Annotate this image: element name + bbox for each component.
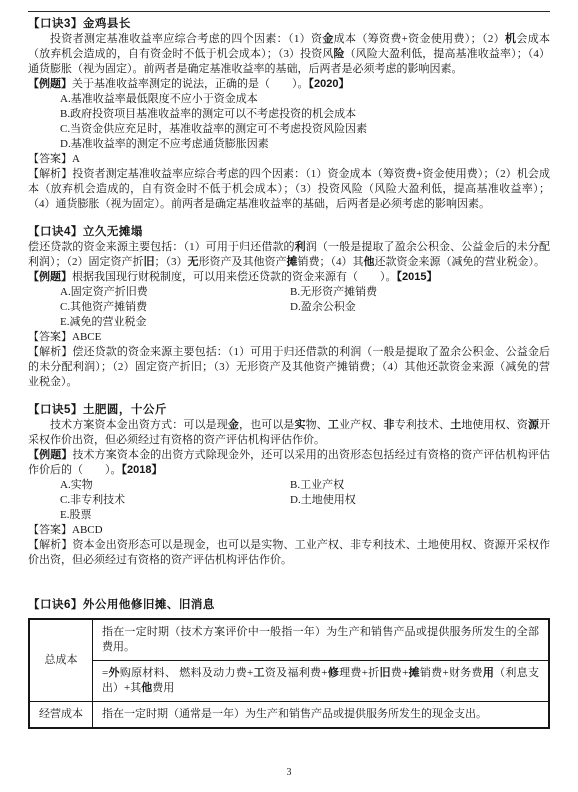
text-run: 业产权、 <box>339 419 383 431</box>
explanation: 【解析】投资者测定基准收益率应综合考虑的四个因素：（1）资金成本（筹资费+资金使… <box>28 167 550 212</box>
table-header-cell: 总成本 <box>29 619 93 702</box>
section-koujue-4: 【口诀4】立久无摊塌偿还贷款的资金来源主要包括：（1）可用于归还借款的利润（一般… <box>28 225 550 390</box>
emphasis-text: 摊 <box>408 667 420 679</box>
emphasis-text: 【例题】 <box>28 449 72 461</box>
emphasis-text: 工 <box>328 419 339 431</box>
emphasis-text: 他 <box>364 256 375 268</box>
header-rule <box>28 11 550 12</box>
options-list: A.实物B.工业产权C.非专利技术D.土地使用权E.股票 <box>60 478 550 523</box>
text-run: 形资产及其他资产 <box>199 256 287 268</box>
text-run: 【解析】资本金出资形态可以是现金，也可以是实物、工业产权、非专利技术、土地使用权… <box>28 539 550 566</box>
text-run: 销费；（4）其 <box>298 256 364 268</box>
document-body: 【口诀3】金鸡县长投资者测定基准收益率应综合考虑的四个因素：（1）资金成本（筹资… <box>28 17 550 729</box>
emphasis-text: 【2015】 <box>397 271 438 283</box>
explanation: 【解析】偿还贷款的资金来源主要包括：（1）可用于归还借款的利润（一般是提取了盈余… <box>28 345 550 390</box>
emphasis-text: 【口诀4】立久无摊塌 <box>28 226 143 238</box>
table-cell: =外购原材料、 燃料及动力费+工资及福利费+修理费+折旧费+摊销费+财务费用（利… <box>93 661 550 702</box>
option-item: A.基准收益率最低限度不应小于资金成本 <box>60 92 550 107</box>
emphasis-text: 土 <box>450 419 461 431</box>
example-question: 【例题】关于基准收益率测定的说法，正确的是（ ）。【2020】 <box>28 77 550 92</box>
option-item: B.工业产权 <box>290 478 550 493</box>
option-item: C.其他资产摊销费 <box>60 300 290 315</box>
option-item: E.减免的营业税金 <box>60 315 290 330</box>
table-row: 总成本指在一定时期（技术方案评价中一般指一年）为生产和销售产品或提供服务所发生的… <box>29 619 549 661</box>
section-koujue-5: 【口诀5】土肥圆，十公斤技术方案资本金出资方式：可以是现金，也可以是实物、工业产… <box>28 403 550 568</box>
cost-table: 总成本指在一定时期（技术方案评价中一般指一年）为生产和销售产品或提供服务所发生的… <box>28 618 550 729</box>
emphasis-text: 【例题】 <box>28 271 72 283</box>
emphasis-text: 【例题】 <box>28 78 72 90</box>
options-list: A.基准收益率最低限度不应小于资金成本B.政府投资项目基准收益率的测定可以不考虑… <box>60 92 550 152</box>
text-run: 【解析】投资者测定基准收益率应综合考虑的四个因素：（1）资金成本（筹资费+资金使… <box>28 168 550 210</box>
section-title: 【口诀5】土肥圆，十公斤 <box>28 403 550 418</box>
table-cell: 指在一定时期（技术方案评价中一般指一年）为生产和销售产品或提供服务所发生的全部费… <box>93 619 550 661</box>
emphasis-text: 他 <box>141 682 152 694</box>
text-run: 专利技术、 <box>395 419 451 431</box>
option-item: D.基准收益率的测定不应考虑通货膨胀因素 <box>60 137 550 152</box>
table-row: 经营成本指在一定时期（通常是一年）为生产和销售产品或提供服务所发生的现金支出。 <box>29 702 549 729</box>
emphasis-text: 外 <box>108 667 120 679</box>
option-item: E.股票 <box>60 508 290 523</box>
emphasis-text: 无 <box>188 256 199 268</box>
text-run: 技术方案资本金的出资方式除现金外，还可以采用的出资形态包括经过有资格的资产评估机… <box>28 449 550 476</box>
emphasis-text: 源 <box>528 419 539 431</box>
text-run: 指在一定时期（通常是一年）为生产和销售产品或提供服务所发生的现金支出。 <box>102 708 487 720</box>
text-run: 根据我国现行财税制度，可以用来偿还贷款的资金来源有（ ）。 <box>72 271 397 283</box>
text-run: 物、 <box>306 419 328 431</box>
text-run: 成本（筹资费+资金使用费）；（2） <box>334 33 505 45</box>
text-run: 资及福利费+ <box>265 667 328 679</box>
emphasis-text: 【2018】 <box>122 464 163 476</box>
text-run: 购原材料、 燃料及动力费+ <box>120 667 253 679</box>
section-koujue-6: 【口诀6】外公用他修旧摊、旧消息总成本指在一定时期（技术方案评价中一般指一年）为… <box>28 598 550 729</box>
emphasis-text: 修 <box>328 667 340 679</box>
mnemonic-paragraph: 技术方案资本金出资方式：可以是现金，也可以是实物、工业产权、非专利技术、土地使用… <box>28 418 550 448</box>
explanation: 【解析】资本金出资形态可以是现金，也可以是实物、工业产权、非专利技术、土地使用权… <box>28 538 550 568</box>
page-number: 3 <box>0 765 578 780</box>
text-run: 【答案】A <box>28 153 80 165</box>
document-page: 【口诀3】金鸡县长投资者测定基准收益率应综合考虑的四个因素：（1）资金成本（筹资… <box>0 0 578 792</box>
option-item: D.盈余公积金 <box>290 300 550 315</box>
text-run: 【解析】偿还贷款的资金来源主要包括：（1）可用于归还借款的利润（一般是提取了盈余… <box>28 346 550 388</box>
mnemonic-paragraph: 偿还贷款的资金来源主要包括：（1）可用于归还借款的利润（一般是提取了盈余公积金、… <box>28 240 550 270</box>
emphasis-text: 旧 <box>144 256 155 268</box>
emphasis-text: 险 <box>333 48 344 60</box>
text-run: 销费+财务费 <box>420 667 483 679</box>
text-run: 地使用权、资 <box>461 419 528 431</box>
text-run: 指在一定时期（技术方案评价中一般指一年）为生产和销售产品或提供服务所发生的全部费… <box>102 626 539 653</box>
option-item: B.无形资产摊销费 <box>290 285 550 300</box>
emphasis-text: 金 <box>322 33 333 45</box>
emphasis-text: 【口诀6】外公用他修旧摊、旧消息 <box>28 599 215 611</box>
option-item: C.非专利技术 <box>60 493 290 508</box>
text-run: ，也可以是 <box>239 419 295 431</box>
table-row: =外购原材料、 燃料及动力费+工资及福利费+修理费+折旧费+摊销费+财务费用（利… <box>29 661 549 702</box>
emphasis-text: 工 <box>253 667 265 679</box>
text-run: 投资者测定基准收益率应综合考虑的四个因素：（1）资 <box>50 33 322 45</box>
text-run: 【答案】ABCE <box>28 331 101 343</box>
text-run: 【答案】ABCD <box>28 524 103 536</box>
option-item: C.当资金供应充足时，基准收益率的测定可不考虑投资风险因素 <box>60 122 550 137</box>
section-koujue-3: 【口诀3】金鸡县长投资者测定基准收益率应综合考虑的四个因素：（1）资金成本（筹资… <box>28 17 550 212</box>
answer: 【答案】ABCD <box>28 523 550 538</box>
text-run: 偿还贷款的资金来源主要包括：（1）可用于归还借款的 <box>28 241 295 253</box>
emphasis-text: 机 <box>505 33 516 45</box>
option-item: A.固定资产折旧费 <box>60 285 290 300</box>
text-run: 关于基准收益率测定的说法，正确的是（ ）。 <box>72 78 309 90</box>
text-run: 还款资金来源（减免的营业税金）。 <box>375 256 546 268</box>
table-header-cell: 经营成本 <box>29 702 93 729</box>
section-title: 【口诀3】金鸡县长 <box>28 17 550 32</box>
option-item: D.土地使用权 <box>290 493 550 508</box>
table-cell: 指在一定时期（通常是一年）为生产和销售产品或提供服务所发生的现金支出。 <box>93 702 550 729</box>
example-question: 【例题】技术方案资本金的出资方式除现金外，还可以采用的出资形态包括经过有资格的资… <box>28 448 550 478</box>
emphasis-text: 【口诀3】金鸡县长 <box>28 18 131 30</box>
answer: 【答案】A <box>28 152 550 167</box>
emphasis-text: 利 <box>295 241 306 253</box>
answer: 【答案】ABCE <box>28 330 550 345</box>
options-list: A.固定资产折旧费B.无形资产摊销费C.其他资产摊销费D.盈余公积金E.减免的营… <box>60 285 550 330</box>
section-title: 【口诀6】外公用他修旧摊、旧消息 <box>28 598 550 613</box>
emphasis-text: 非 <box>383 419 394 431</box>
example-question: 【例题】根据我国现行财税制度，可以用来偿还贷款的资金来源有（ ）。【2015】 <box>28 270 550 285</box>
text-run: 费用 <box>152 682 174 694</box>
option-item: B.政府投资项目基准收益率的测定可以不考虑投资的机会成本 <box>60 107 550 122</box>
section-title: 【口诀4】立久无摊塌 <box>28 225 550 240</box>
emphasis-text: 金 <box>228 419 239 431</box>
emphasis-text: 【口诀5】土肥圆，十公斤 <box>28 404 167 416</box>
emphasis-text: 摊 <box>287 256 298 268</box>
text-run: ；（3） <box>155 256 188 268</box>
text-run: 理费+折 <box>339 667 379 679</box>
emphasis-text: 旧 <box>380 667 391 679</box>
text-run: 费+ <box>391 667 409 679</box>
emphasis-text: 【2020】 <box>309 78 350 90</box>
emphasis-text: 实 <box>295 419 306 431</box>
emphasis-text: 用 <box>483 667 494 679</box>
option-item: A.实物 <box>60 478 290 493</box>
text-run: 技术方案资本金出资方式：可以是现 <box>50 419 228 431</box>
mnemonic-paragraph: 投资者测定基准收益率应综合考虑的四个因素：（1）资金成本（筹资费+资金使用费）；… <box>28 32 550 77</box>
